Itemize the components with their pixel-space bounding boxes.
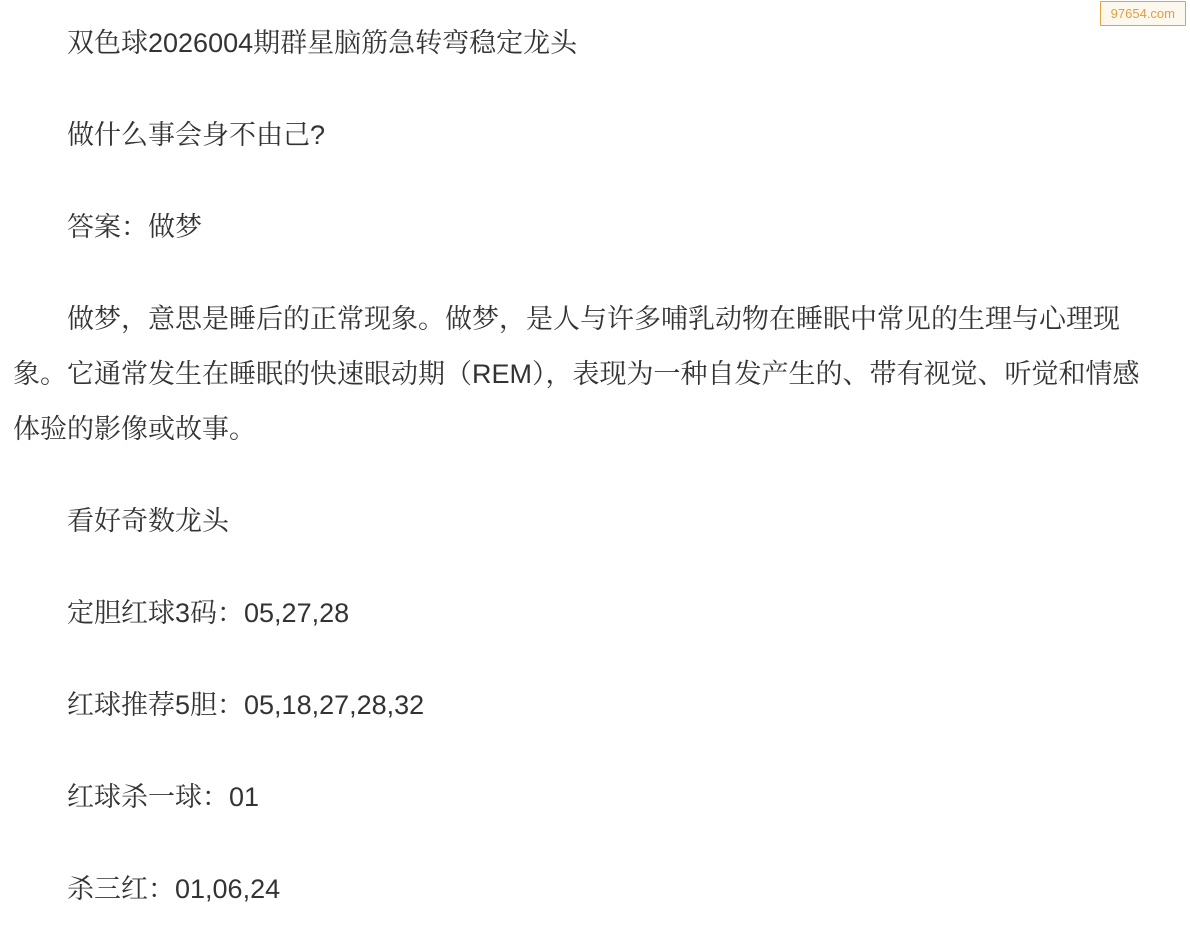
kill-one-red-line: 红球杀一球：01 [13, 770, 1150, 825]
watermark-badge: 97654.com [1100, 1, 1186, 26]
article-body: 双色球2026004期群星脑筋急转弯稳定龙头 做什么事会身不由己? 答案：做梦 … [0, 0, 1177, 917]
red-ball-5-dan-line: 红球推荐5胆：05,18,27,28,32 [13, 678, 1150, 733]
dream-explanation: 做梦，意思是睡后的正常现象。做梦，是人与许多哺乳动物在睡眠中常见的生理与心理现象… [13, 292, 1150, 457]
outlook-note: 看好奇数龙头 [13, 494, 1150, 549]
article-title: 双色球2026004期群星脑筋急转弯稳定龙头 [13, 16, 1150, 71]
kill-three-red-line: 杀三红：01,06,24 [13, 862, 1150, 917]
red-ball-3-dan-line: 定胆红球3码：05,27,28 [13, 586, 1150, 641]
riddle-answer: 答案：做梦 [13, 200, 1150, 255]
riddle-question: 做什么事会身不由己? [13, 108, 1150, 163]
